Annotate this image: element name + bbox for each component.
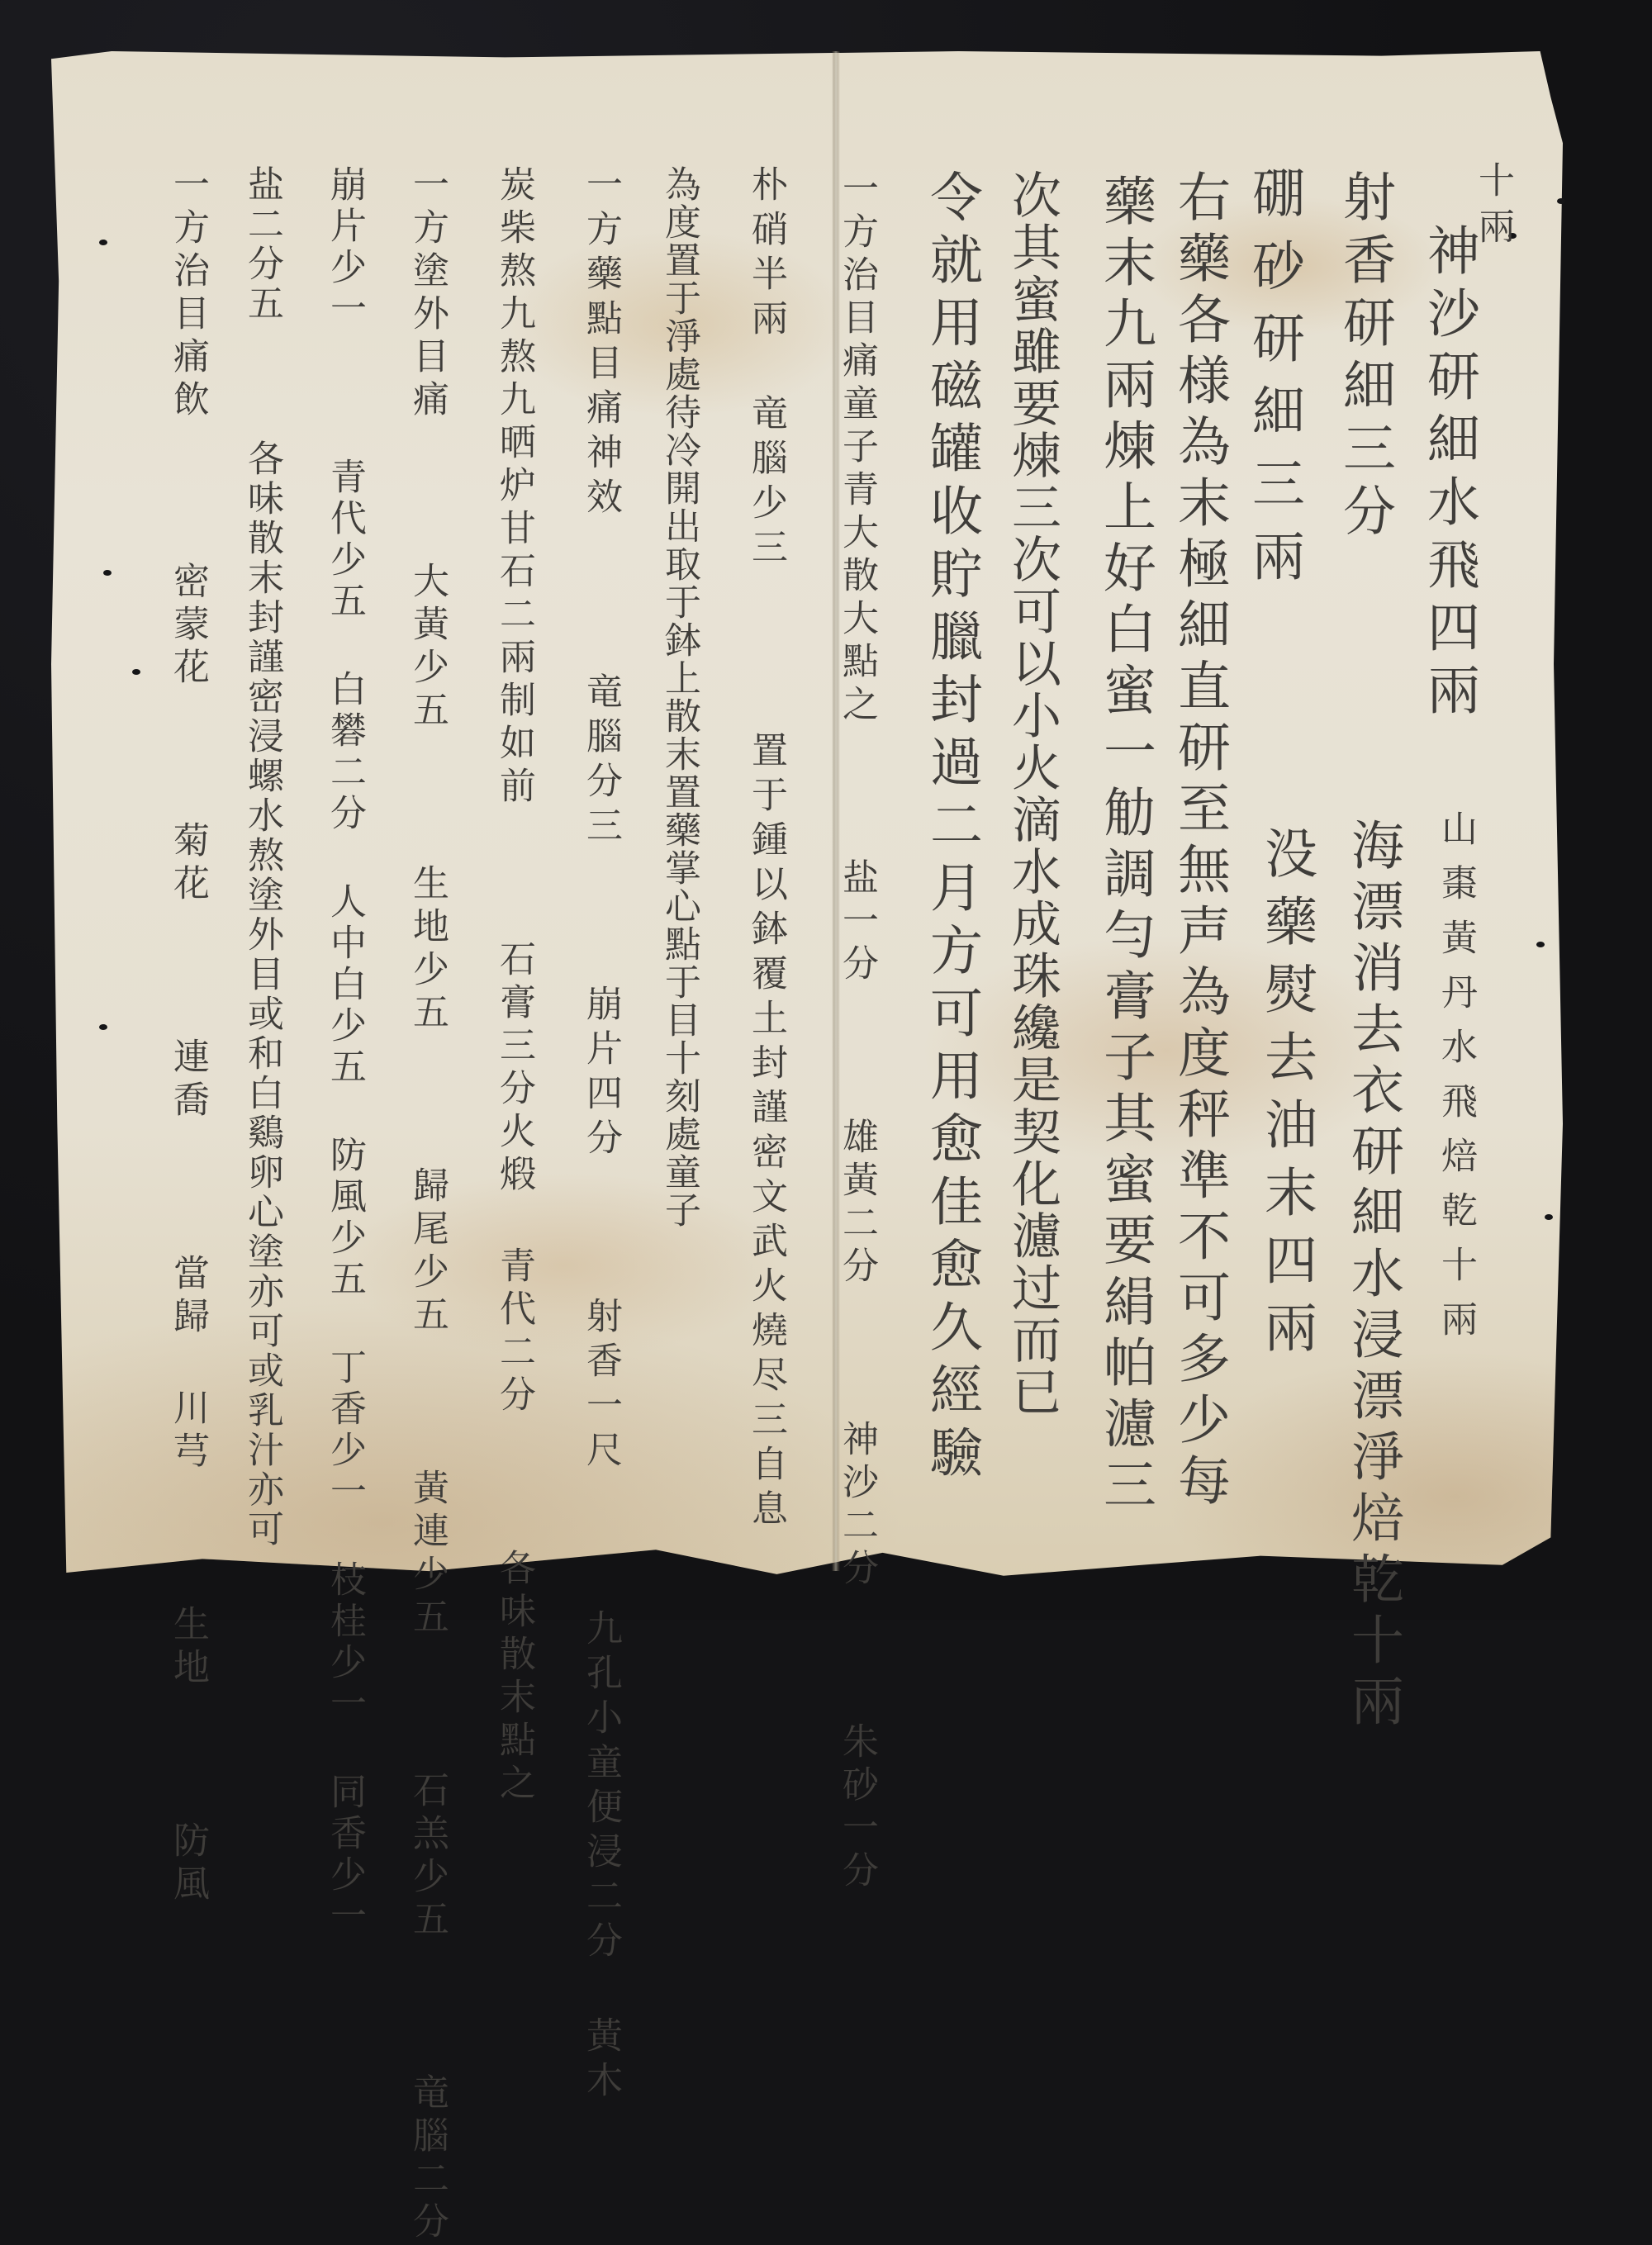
- column-13: 炭柴熬九熬九晒炉甘石二兩制如前 石膏三分火煅 青代二分 各味散末點之: [496, 165, 532, 1620]
- column-5: 右藥各様為末極細直研至無声為度秤準不可多少每: [1173, 169, 1226, 1514]
- column-15: 崩片少一 青代少五 白礬二分 人中白少五 防風少五 丁香少一 枝桂少一 同香少一: [326, 165, 363, 1620]
- wormhole: [1536, 942, 1545, 947]
- column-16: 盐二分五 各味散末封謹密浸螺水熬塗外目或和白鷄卵心塗亦可或乳汁亦可: [244, 165, 280, 1550]
- column-12: 一方藥點目痛神效 竜腦分三 崩片四分 射香一尺 九孔小童便浸二分 黃木: [582, 165, 619, 1620]
- column-2: 神沙研細水飛四兩: [1422, 223, 1475, 725]
- column-8: 令就用磁罐收貯臘封過二月方可用愈佳愈久經驗: [925, 169, 978, 1488]
- column-14: 一方塗外目痛 大黃少五 生地少五 歸尾少五 黃連少五 石羔少五 竜腦二分: [409, 165, 445, 1620]
- column-17: 一方治目痛飲 密蒙花 菊花 連喬 當歸 川芎 生地 防風: [169, 165, 206, 1620]
- column-4-continuation: 没藥熨去油末四兩: [1260, 826, 1313, 1368]
- wormhole: [1557, 198, 1565, 204]
- wormhole: [99, 1024, 107, 1030]
- column-1: 十兩: [1474, 161, 1511, 254]
- column-3: 射香研細三分: [1338, 169, 1391, 546]
- wormhole: [1545, 1214, 1553, 1220]
- column-3-continuation: 海漂消去衣研細水浸漂淨焙乾十兩: [1346, 818, 1399, 1620]
- column-11: 為度置于淨處待冷開出取于鉢上散末置藥掌心點于目十刻處童子: [661, 165, 697, 1229]
- column-2-continuation: 山棗黃丹水飛焙乾十兩: [1437, 809, 1474, 1355]
- wormhole: [132, 669, 140, 675]
- column-7: 次其蜜雖要煉三次可以小火滴水成珠纔是契化濾过而已: [1008, 169, 1057, 1418]
- column-6: 藥末九兩煉上好白蜜一觔調勻膏子其蜜要絹帕濾三: [1099, 173, 1151, 1518]
- wormhole: [103, 570, 112, 576]
- column-10: 朴硝半兩 竜腦少三 置于鍾以鉢覆土封謹密文武火燒尽三自息: [748, 165, 784, 1534]
- column-9: 一方治目痛童子青大散大點之 盐一分 雄黃二分 神沙二分 朱砂一分: [838, 169, 875, 1620]
- column-4: 硼砂研細三兩: [1247, 165, 1300, 601]
- wormhole: [99, 240, 107, 245]
